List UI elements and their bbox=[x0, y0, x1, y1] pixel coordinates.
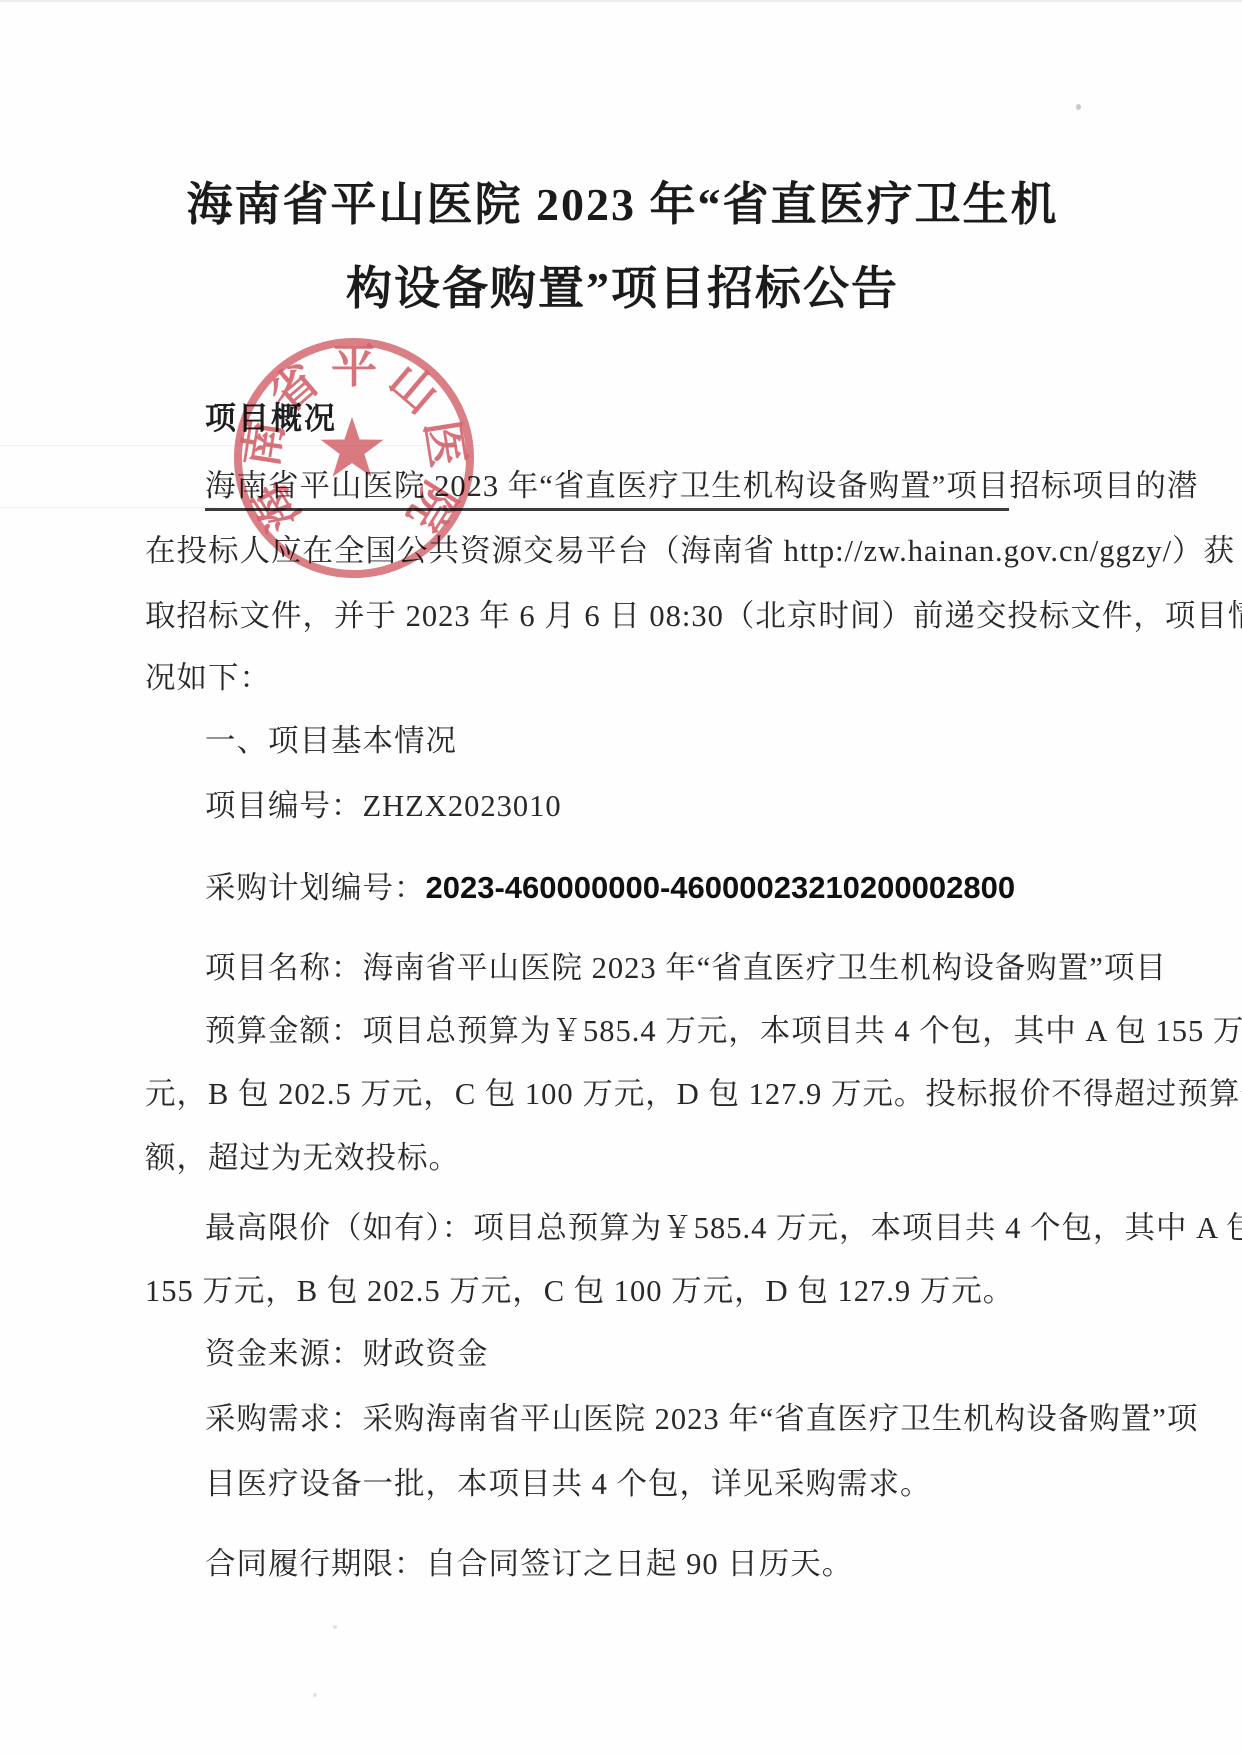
doc-text: 155 万元，B 包 202.5 万元，C 包 100 万元，D 包 127.9… bbox=[145, 1274, 1014, 1308]
scan-speck bbox=[333, 1625, 337, 1629]
doc-text: 合同履行期限：自合同签订之日起 90 日历天。 bbox=[205, 1547, 853, 1581]
doc-text: 预算金额：项目总预算为￥585.4 万元，本项目共 4 个包，其中 A 包 15… bbox=[205, 1014, 1242, 1048]
scan-speck bbox=[1076, 104, 1081, 110]
doc-text: 一、项目基本情况 bbox=[205, 724, 457, 758]
stamp-char: 平 bbox=[331, 341, 377, 392]
doc-text: 项目名称：海南省平山医院 2023 年“省直医疗卫生机构设备购置”项目 bbox=[205, 951, 1167, 985]
scan-speck bbox=[313, 1693, 317, 1697]
doc-line: 资金来源：财政资金 bbox=[205, 1329, 489, 1373]
doc-text: 额，超过为无效投标。 bbox=[145, 1141, 460, 1175]
doc-text: 取招标文件，并于 2023 年 6 月 6 日 08:30（北京时间）前递交投标… bbox=[145, 599, 1242, 633]
doc-text: 元，B 包 202.5 万元，C 包 100 万元，D 包 127.9 万元。投… bbox=[145, 1077, 1242, 1111]
scan-artifact-line bbox=[0, 507, 215, 508]
stamp-star-icon bbox=[321, 417, 384, 477]
doc-line: 额，超过为无效投标。 bbox=[145, 1133, 460, 1177]
doc-text: 项目编号：ZHZX2023010 bbox=[205, 789, 562, 823]
stamp-char: 南 bbox=[235, 417, 293, 470]
stamp-char: 医 bbox=[416, 417, 474, 470]
scanned-document-page: 海南省平山医院 2023 年“省直医疗卫生机 构设备购置”项目招标公告 项目概况… bbox=[0, 0, 1242, 1754]
stamp-char: 院 bbox=[398, 473, 466, 539]
stamp-char: 山 bbox=[379, 354, 447, 423]
doc-line: 合同履行期限：自合同签订之日起 90 日历天。 bbox=[205, 1539, 853, 1583]
doc-text: 采购计划编号： bbox=[205, 871, 426, 905]
doc-text: 资金来源：财政资金 bbox=[205, 1337, 489, 1371]
doc-line: 目医疗设备一批，本项目共 4 个包，详见采购需求。 bbox=[205, 1459, 932, 1503]
hospital-seal-stamp: 海 南 省 平 山 医 院 bbox=[230, 334, 478, 582]
doc-line: 一、项目基本情况 bbox=[205, 716, 457, 760]
doc-line: 155 万元，B 包 202.5 万元，C 包 100 万元，D 包 127.9… bbox=[145, 1266, 1014, 1310]
doc-text: 最高限价（如有）：项目总预算为￥585.4 万元，本项目共 4 个包，其中 A … bbox=[205, 1211, 1242, 1245]
doc-text: 采购需求：采购海南省平山医院 2023 年“省直医疗卫生机构设备购置”项 bbox=[205, 1402, 1198, 1436]
stamp-char: 海 bbox=[243, 473, 311, 539]
doc-line: 取招标文件，并于 2023 年 6 月 6 日 08:30（北京时间）前递交投标… bbox=[145, 591, 1242, 635]
doc-line: 采购需求：采购海南省平山医院 2023 年“省直医疗卫生机构设备购置”项 bbox=[205, 1394, 1198, 1438]
document-title-line-2: 构设备购置”项目招标公告 bbox=[140, 252, 1105, 318]
doc-line: 采购计划编号：2023-460000000-460000232102000028… bbox=[205, 863, 1015, 907]
doc-line: 项目编号：ZHZX2023010 bbox=[205, 781, 562, 825]
doc-line: 况如下： bbox=[145, 653, 271, 697]
doc-line: 元，B 包 202.5 万元，C 包 100 万元，D 包 127.9 万元。投… bbox=[145, 1069, 1242, 1113]
doc-text: 况如下： bbox=[145, 661, 271, 695]
doc-number-bold: 2023-460000000-46000023210200002800 bbox=[426, 870, 1016, 905]
document-title-line-1: 海南省平山医院 2023 年“省直医疗卫生机 bbox=[140, 168, 1105, 234]
doc-text: 招标项目的潜 bbox=[1009, 469, 1198, 503]
stamp-char: 省 bbox=[261, 354, 329, 423]
doc-line: 最高限价（如有）：项目总预算为￥585.4 万元，本项目共 4 个包，其中 A … bbox=[205, 1203, 1242, 1247]
doc-text: 目医疗设备一批，本项目共 4 个包，详见采购需求。 bbox=[205, 1467, 932, 1501]
doc-line: 项目名称：海南省平山医院 2023 年“省直医疗卫生机构设备购置”项目 bbox=[205, 943, 1167, 987]
doc-line: 预算金额：项目总预算为￥585.4 万元，本项目共 4 个包，其中 A 包 15… bbox=[205, 1006, 1242, 1050]
